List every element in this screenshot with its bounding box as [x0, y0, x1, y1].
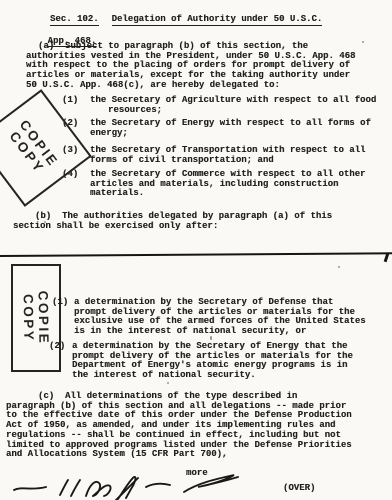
paragraph-a: (a) Subject to paragraph (b) of this sec… — [26, 42, 384, 91]
copy-stamp-line2: COPY — [21, 291, 37, 346]
scan-speckle — [362, 41, 364, 43]
scan-speckle — [117, 215, 119, 217]
copy-stamp: COPIE COPY — [11, 264, 61, 372]
list-item-number: (1) — [62, 96, 78, 106]
paragraph-b-line: section shall be exercised only after: — [13, 222, 383, 232]
list-item-line: resources; — [90, 106, 386, 116]
paragraph-c: (c) All determinations of the type descr… — [6, 392, 386, 460]
paragraph-b: (b) The authorities delegated by paragra… — [13, 212, 383, 231]
list-item-line: the Secretary of Energy with respect to … — [90, 119, 386, 129]
page-divider-line — [0, 252, 392, 257]
scan-speckle — [210, 336, 212, 340]
handwritten-signature — [0, 470, 260, 500]
scan-speckle — [167, 382, 169, 384]
scanned-document: Sec. 102. Delegation of Authority under … — [0, 0, 392, 500]
list-item-number: (2) — [49, 342, 65, 352]
section-heading: Sec. 102. Delegation of Authority under … — [50, 15, 322, 26]
list-item-line: forms of civil transportation; and — [90, 156, 386, 166]
section-number: Sec. 102. — [50, 15, 99, 26]
over-label: (OVER) — [283, 484, 315, 494]
list-item-line: the interest of national security. — [72, 371, 378, 381]
list-item-number: (1) — [52, 298, 68, 308]
scan-speckle — [338, 266, 340, 268]
copy-stamp-line1: COPIE — [36, 290, 52, 345]
list-item-line: is in the interest of national security,… — [74, 327, 380, 337]
copy-stamp-text: COPIE COPY — [21, 290, 52, 345]
copy-stamp: COPIE COPY — [0, 89, 92, 207]
scan-speckle — [44, 221, 46, 223]
paragraph-a-line: 50 U.S.C. App. 468(c), are hereby delega… — [26, 81, 384, 91]
list-item-line: energy; — [90, 129, 386, 139]
copy-stamp-text: COPIE COPY — [5, 117, 62, 179]
section-title-line1: Delegation of Authority under 50 U.S.C. — [112, 15, 323, 26]
list-item-line: materials. — [90, 189, 386, 199]
paragraph-c-line: and Allocations System (15 CFR Part 700)… — [6, 450, 386, 460]
